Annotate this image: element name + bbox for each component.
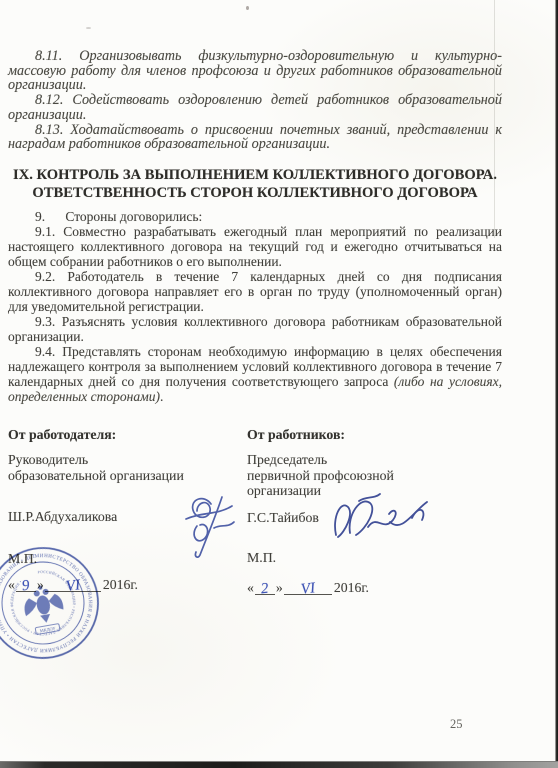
month-blank: VI <box>284 580 332 595</box>
page-number: 25 <box>450 717 463 732</box>
employer-ink-signature <box>176 492 248 560</box>
union-header: От работников: <box>247 427 477 443</box>
day-blank: 2 <box>255 580 275 595</box>
clause-9-intro: 9. Стороны договорились: <box>8 209 502 224</box>
scan-edge-bottom <box>0 761 558 768</box>
heading-line-1: IX. КОНТРОЛЬ ЗА ВЫПОЛНЕНИЕМ КОЛЛЕКТИВНОГ… <box>8 167 502 185</box>
section-8-clauses: 8.11. Организовывать физкультурно-оздоро… <box>8 49 502 152</box>
double-eagle-emblem <box>21 582 66 626</box>
union-ink-signature <box>328 492 434 548</box>
clause-8-11: 8.11. Организовывать физкультурно-оздоро… <box>8 49 502 93</box>
paper-crease <box>494 0 495 238</box>
employer-title-line-2: образовательной организации <box>8 468 240 484</box>
clause-9-4-end: . <box>160 389 163 404</box>
scan-speck <box>246 6 249 10</box>
year-label: 2016г. <box>334 580 369 595</box>
year-label: 2016г. <box>103 577 138 592</box>
handwritten-day: 2 <box>260 580 269 598</box>
official-round-stamp: МИНИСТЕРСТВО ОБРАЗОВАНИЯ И НАУКИ РЕСПУБЛ… <box>0 535 111 672</box>
union-title-line-1: Председатель <box>247 452 477 468</box>
section-9-heading: IX. КОНТРОЛЬ ЗА ВЫПОЛНЕНИЕМ КОЛЛЕКТИВНОГ… <box>8 167 502 202</box>
clause-8-13: 8.13. Ходатайствовать о присвоении почет… <box>8 123 502 152</box>
heading-line-2: ОТВЕТСТВЕННОСТЬ СТОРОН КОЛЛЕКТИВНОГО ДОГ… <box>8 185 502 203</box>
union-date-line: «2»VI2016г. <box>247 580 477 596</box>
union-seal-placeholder: М.П. <box>247 550 477 566</box>
clause-9-3: 9.3. Разъяснять условия коллективного до… <box>8 314 502 344</box>
quote-open: « <box>247 580 254 595</box>
section-9-clauses: 9. Стороны договорились: 9.1. Совместно … <box>8 209 502 404</box>
scan-speck <box>86 27 91 29</box>
clause-8-12: 8.12. Содействовать оздоровлению детей р… <box>8 93 502 122</box>
handwritten-month: VI <box>300 580 316 598</box>
clause-9-2: 9.2. Работодатель в течение 7 календарны… <box>8 269 502 314</box>
employer-header: От работодателя: <box>8 427 240 443</box>
quote-close: » <box>276 580 283 595</box>
union-title-line-2: первичной профсоюзной <box>247 468 477 484</box>
clause-9-4: 9.4. Представлять сторонам необходимую и… <box>8 344 502 404</box>
scanned-document-page: 8.11. Организовывать физкультурно-оздоро… <box>0 0 558 768</box>
employer-title-line-1: Руководитель <box>8 452 240 468</box>
clause-9-1: 9.1. Совместно разрабатывать ежегодный п… <box>8 224 502 269</box>
